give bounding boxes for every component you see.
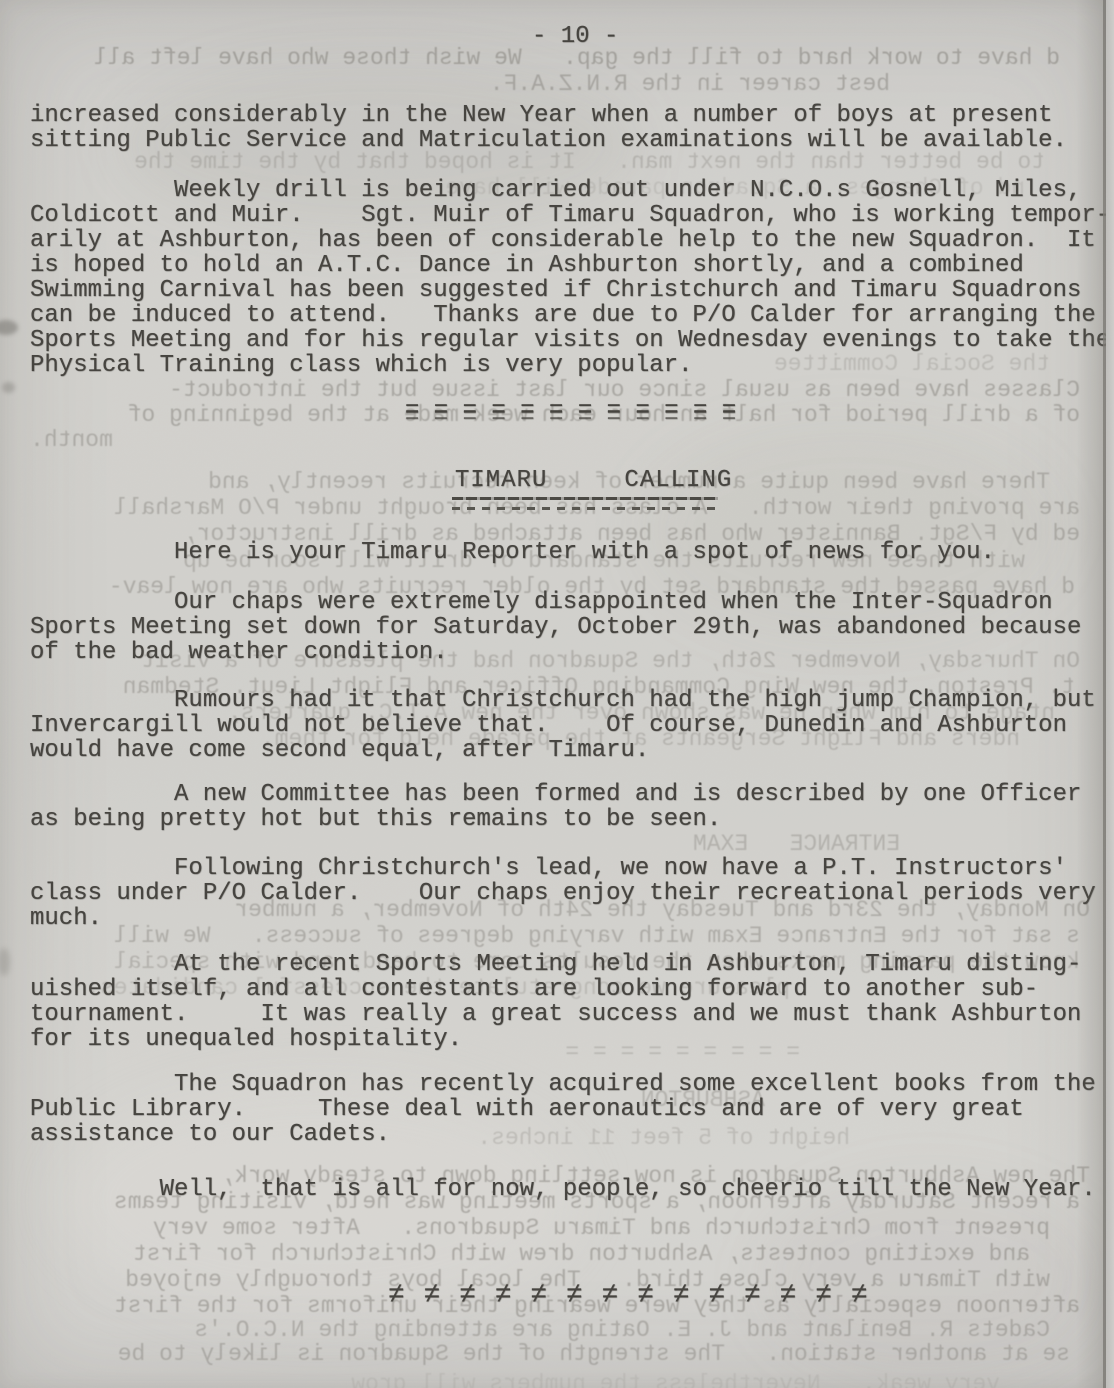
- section-divider: = = = = = = = = = = = =: [405, 405, 736, 430]
- paragraph: Rumours had it that Christchurch had the…: [30, 688, 1096, 763]
- ink-smudge: [0, 320, 18, 335]
- paragraph: The Squadron has recently acquired some …: [30, 1072, 1096, 1147]
- paragraph: Our chaps were extremely disappointed wh…: [30, 590, 1081, 665]
- bleedthrough-line: and exciting contests, Ashburton drew wi…: [30, 1242, 1030, 1266]
- bleedthrough-line: month.: [30, 428, 180, 452]
- bleedthrough-line: Cadets R. Benilant and J. E. Oating are …: [30, 1318, 1050, 1342]
- heading-underline: [452, 497, 718, 500]
- paragraph: Following Christchurch's lead, we now ha…: [30, 856, 1096, 931]
- paragraph: increased considerably in the New Year w…: [30, 103, 1067, 153]
- paragraph: Well, that is all for now, people, so ch…: [30, 1177, 1096, 1202]
- ink-smudge: [0, 948, 10, 976]
- end-divider: ≠ ≠ ≠ ≠ ≠ ≠ ≠ ≠ ≠ ≠ ≠ ≠ ≠ ≠: [388, 1283, 869, 1308]
- bleedthrough-heading: ENTRANCE EXAM: [560, 832, 900, 856]
- page-number: - 10 -: [532, 24, 618, 49]
- ink-smudge: [2, 382, 15, 393]
- bleedthrough-line: se at another station. The strength of t…: [30, 1342, 1070, 1366]
- bleedthrough-line: present from Christchurch and Timaru Squ…: [30, 1216, 1050, 1240]
- scanned-newsletter-page: d have to work hard to fill the gap. We …: [0, 0, 1114, 1388]
- bleedthrough-line: very weak. Nevertheless the numbers will…: [100, 1372, 1000, 1388]
- heading-underline: [452, 507, 718, 510]
- bleedthrough-line: best career in the R.N.Z.A.F.: [330, 72, 890, 96]
- section-heading: TIMARU CALLING: [455, 468, 732, 493]
- paragraph: Weekly drill is being carried out under …: [30, 178, 1110, 378]
- page-edge-shadow: [1076, 0, 1103, 1388]
- paragraph: A new Committee has been formed and is d…: [30, 782, 1081, 832]
- paragraph: Here is your Timaru Reporter with a spot…: [30, 540, 995, 565]
- page-edge-outer: [1106, 0, 1114, 1388]
- paragraph: At the recent Sports Meeting held in Ash…: [30, 952, 1081, 1052]
